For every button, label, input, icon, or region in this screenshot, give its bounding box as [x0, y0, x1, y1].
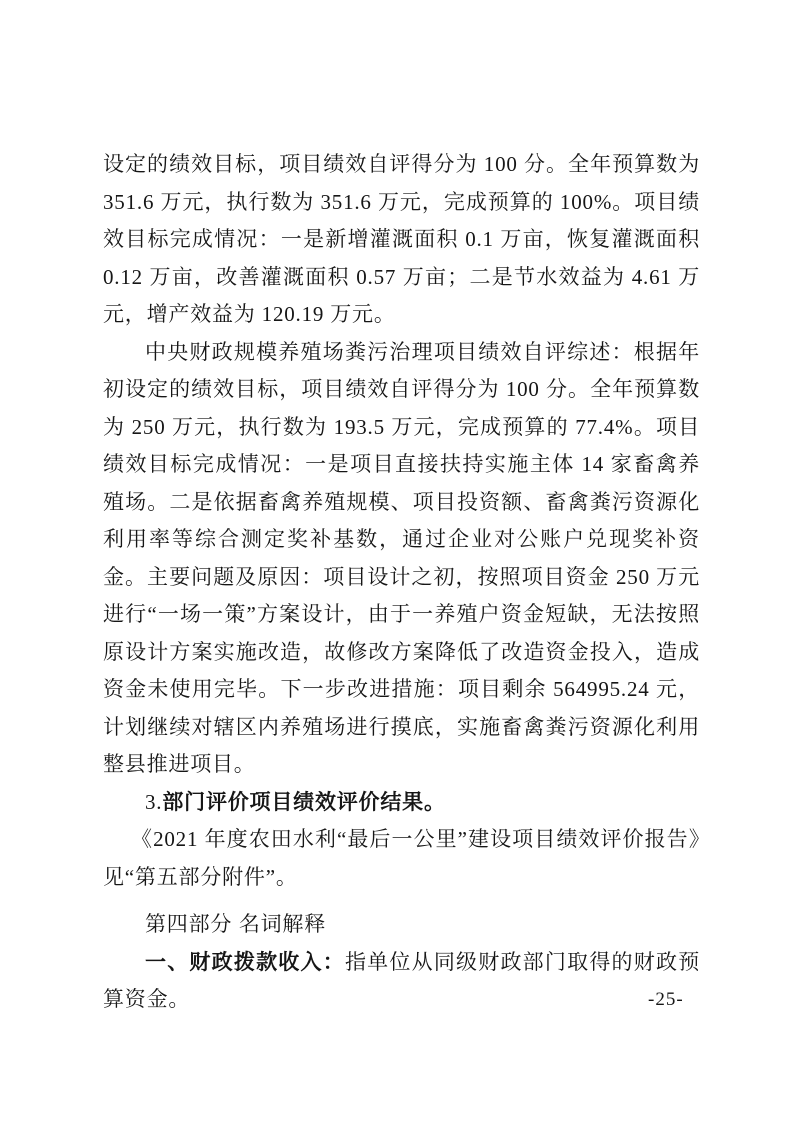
term1-definition: 一、财政拨款收入：指单位从同级财政部门取得的财政预算资金。	[103, 944, 700, 1019]
paragraph-manure-project-summary: 中央财政规模养殖场粪污治理项目绩效自评综述：根据年初设定的绩效目标，项目绩效自评…	[103, 334, 700, 784]
item3-title: 部门评价项目绩效评价结果。	[162, 790, 445, 814]
page-content: 设定的绩效目标，项目绩效自评得分为 100 分。全年预算数为 351.6 万元，…	[103, 146, 700, 1019]
page-number: -25-	[648, 989, 684, 1011]
term1-label: 一、财政拨款收入：	[145, 950, 345, 974]
item3-number: 3.	[145, 790, 162, 814]
section4-heading: 第四部分 名词解释	[103, 906, 700, 944]
paragraph-irrigation-summary: 设定的绩效目标，项目绩效自评得分为 100 分。全年预算数为 351.6 万元，…	[103, 146, 700, 334]
item3-heading: 3.部门评价项目绩效评价结果。	[103, 784, 700, 822]
paragraph-report-reference: 《2021 年度农田水利“最后一公里”建设项目绩效评价报告》见“第五部分附件”。	[103, 821, 700, 896]
document-page: 设定的绩效目标，项目绩效自评得分为 100 分。全年预算数为 351.6 万元，…	[0, 0, 793, 1122]
